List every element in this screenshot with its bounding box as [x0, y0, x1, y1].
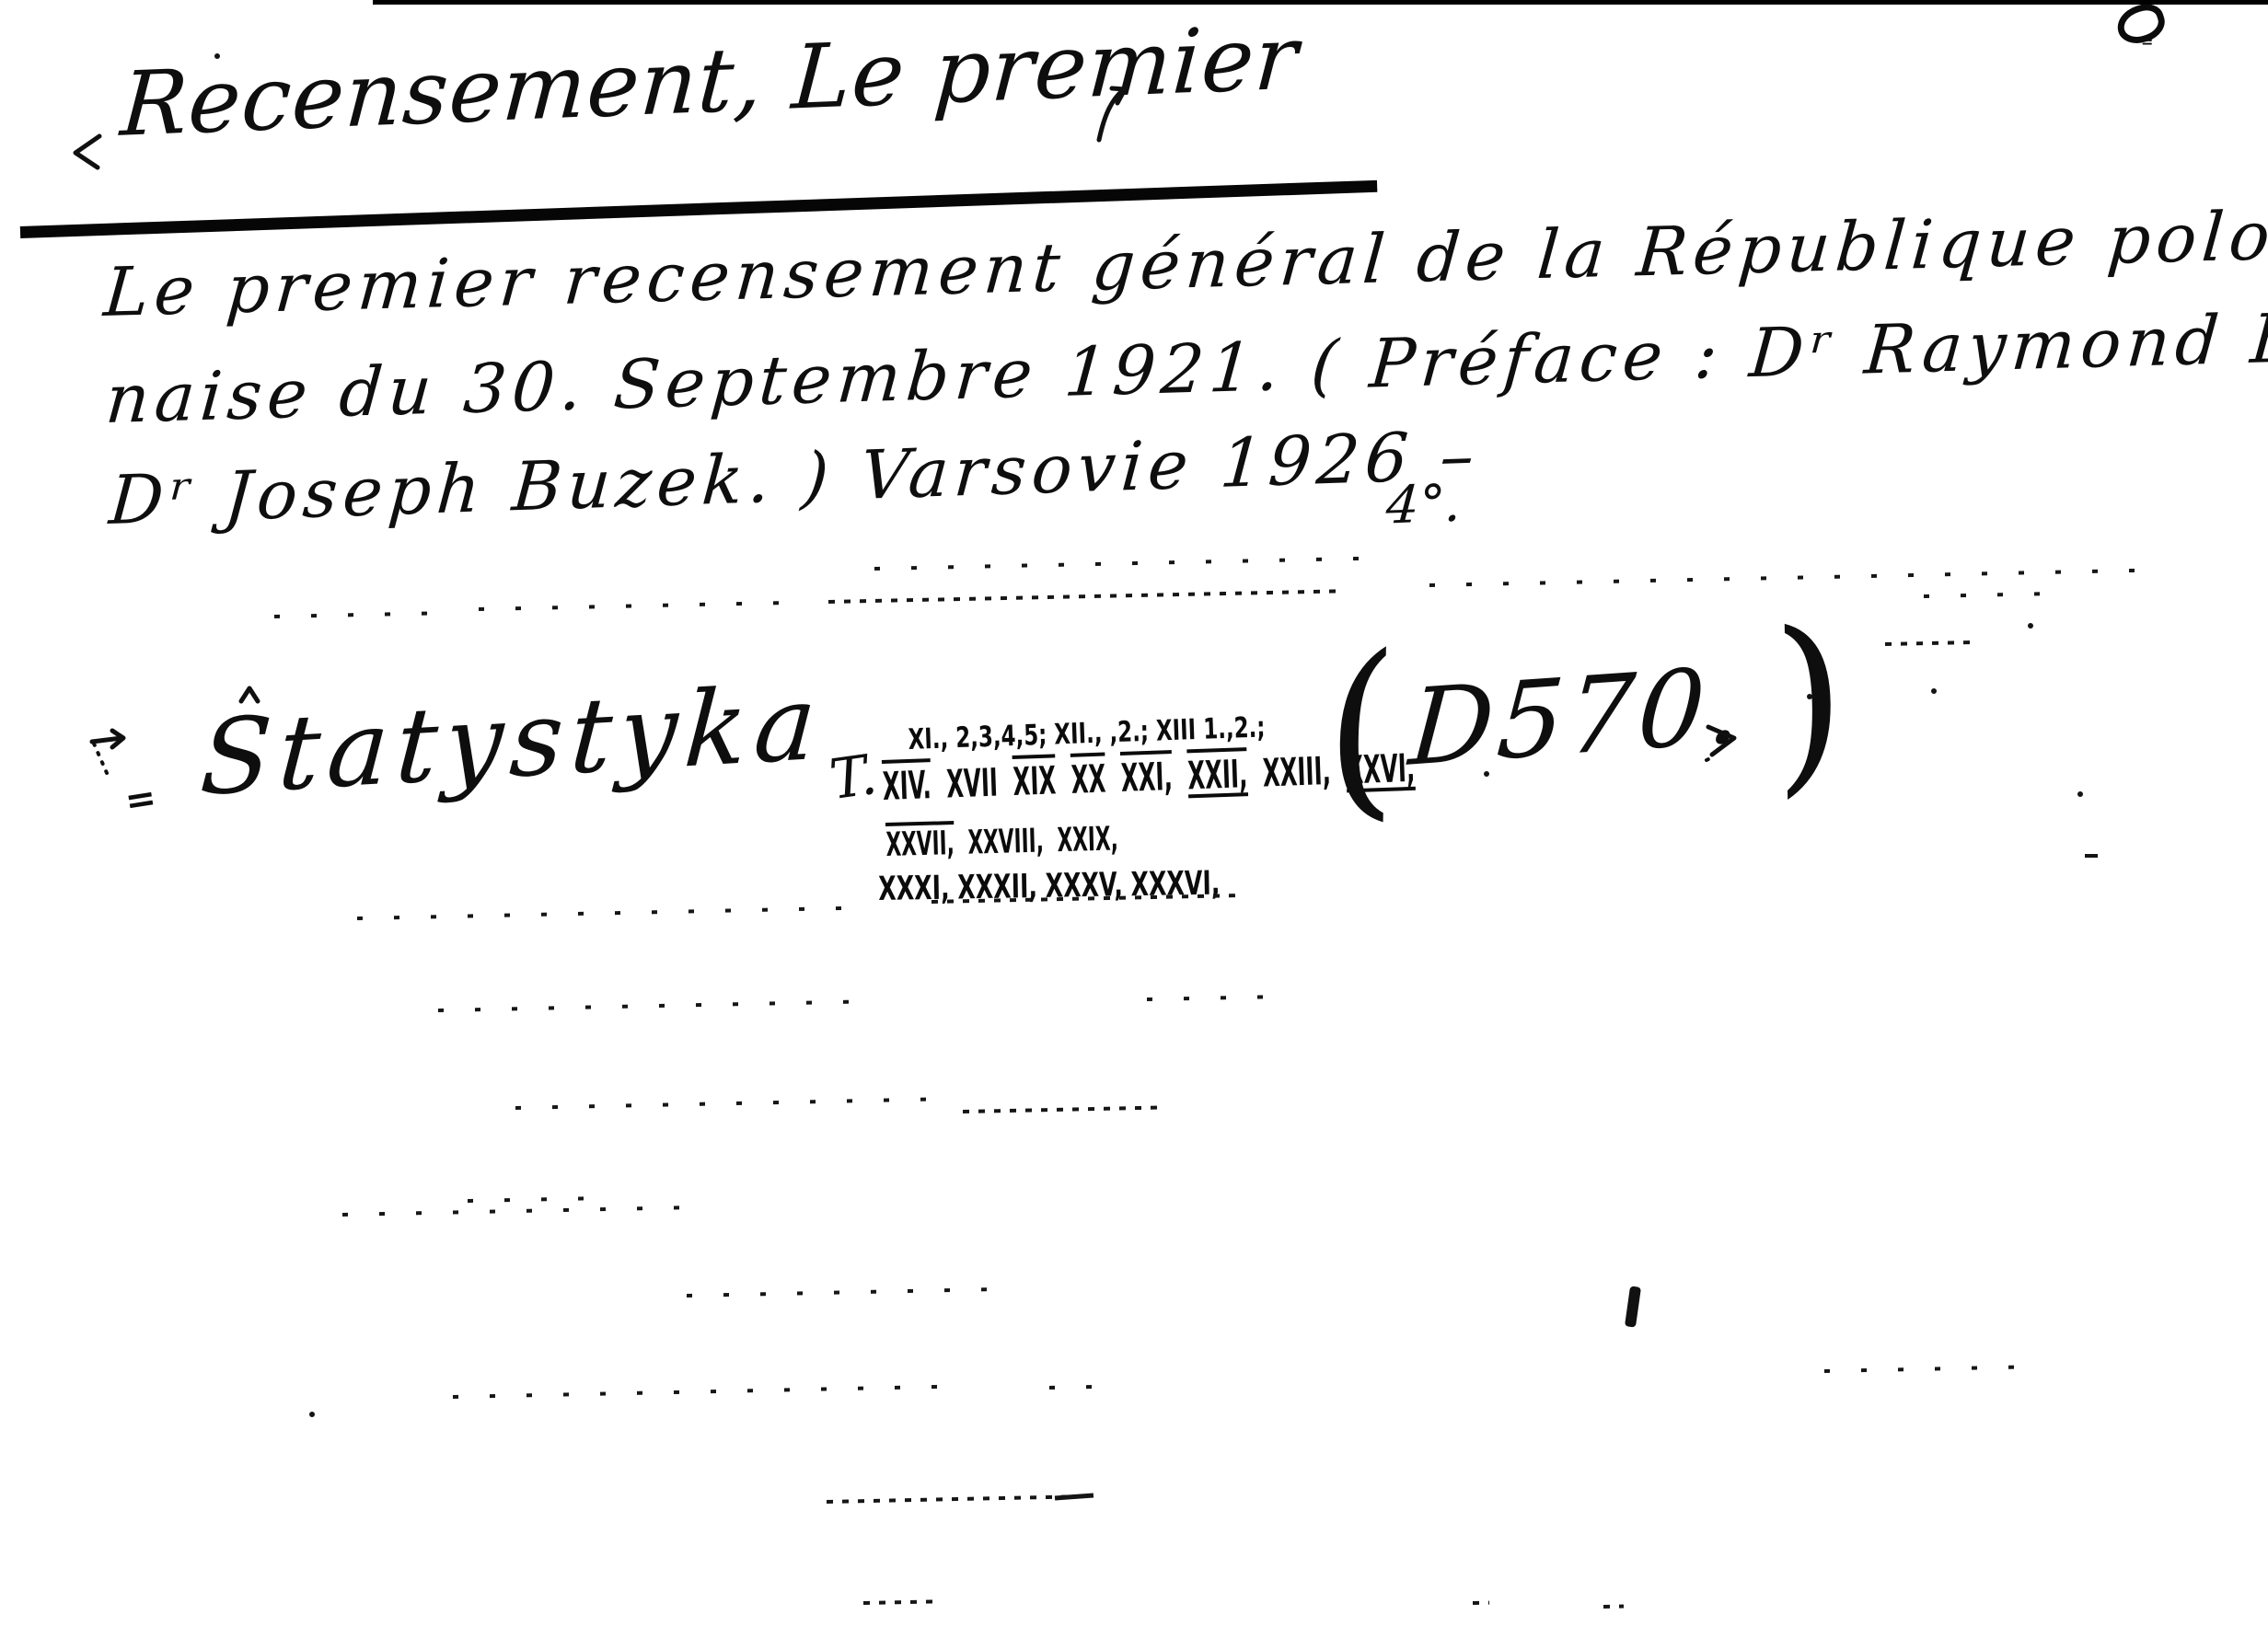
scan-noise-row	[874, 557, 1362, 571]
scan-speck	[2077, 791, 2083, 797]
scan-noise-row	[1824, 1365, 2027, 1373]
scan-noise-row	[1049, 1385, 1105, 1390]
insertion-mark-left-icon	[70, 131, 103, 175]
scan-noise-row	[1924, 592, 2043, 598]
scan-noise-row	[1473, 1601, 1489, 1605]
scan-speck	[1807, 694, 1812, 699]
shelfmark-code: D570.	[1406, 642, 1750, 789]
shelfmark-arrow-icon	[1705, 718, 1741, 767]
scan-top-border	[373, 0, 2268, 5]
format-note: 4°.	[1384, 473, 1464, 536]
scan-noise-row	[515, 1097, 957, 1110]
scan-noise-row	[438, 1000, 852, 1012]
scan-speck	[1484, 771, 1489, 777]
scan-noise-row	[468, 1196, 606, 1203]
volume-token: XXVII,	[885, 825, 955, 864]
volume-token: XXII,	[1186, 751, 1248, 798]
scan-noise-row	[274, 611, 435, 618]
stray-caret-mark	[239, 686, 260, 707]
insertion-arrow-icon	[88, 729, 129, 780]
volume-token: XX	[1070, 756, 1106, 802]
shelfmark-open-paren: (	[1309, 637, 1413, 826]
subject-term: Statystyka	[197, 663, 827, 819]
scan-noise-row	[1885, 640, 1973, 646]
shelfmark-close-paren: )	[1753, 605, 1863, 795]
scan-noise-row	[342, 1205, 701, 1217]
scan-noise-row	[687, 1286, 1018, 1298]
volume-row-4: XXXI, XXXII, XXXV, XXXVI,	[878, 865, 1221, 908]
scan-noise-row	[1603, 1605, 1624, 1609]
volume-row-1: XI., 2,3,4,5; XII., ,2.; XIII 1.,2.;	[908, 710, 1266, 756]
volume-row-3: XXVII, XXVIII, XXIX,	[885, 820, 1125, 864]
volume-token: XIX	[1012, 757, 1057, 804]
volume-token: XXVIII,	[967, 823, 1044, 862]
scan-ink-blob	[1625, 1286, 1641, 1327]
volume-token: XXI,	[1120, 754, 1174, 801]
scan-noise-row	[453, 1384, 964, 1399]
volume-prefix: T.	[826, 743, 881, 813]
scan-speck	[2028, 623, 2033, 629]
scan-speck	[2085, 854, 2098, 858]
scan-noise-row	[828, 589, 1344, 604]
scan-noise-row	[827, 1494, 1089, 1504]
scan-noise-row	[357, 906, 873, 920]
subject-equals-mark: =	[122, 777, 159, 824]
volume-token: XXIX,	[1057, 820, 1118, 859]
scan-speck	[1931, 688, 1937, 694]
scan-noise-row	[479, 601, 782, 611]
scan-noise-row	[963, 1105, 1161, 1113]
scan-noise-row	[863, 1599, 937, 1605]
scanned-card-page: = Recensement, Le premier Le premier rec…	[0, 0, 2268, 1638]
scan-noise-row	[1147, 995, 1294, 1001]
corner-equals-mark: =	[2141, 33, 2153, 51]
scan-noise-row	[1429, 568, 2166, 587]
volume-token: XVII	[945, 760, 998, 807]
scan-speck	[309, 1412, 315, 1417]
volume-token: XXIII,	[1262, 748, 1332, 796]
volume-token: XIV.	[882, 762, 931, 809]
insertion-mark-right-icon	[1092, 81, 1132, 149]
shelfmark: ( D570. )	[1317, 608, 1850, 824]
entry-line-3: Dʳ Joseph Buzek. ) Varsovie 1926 –	[107, 416, 1482, 540]
